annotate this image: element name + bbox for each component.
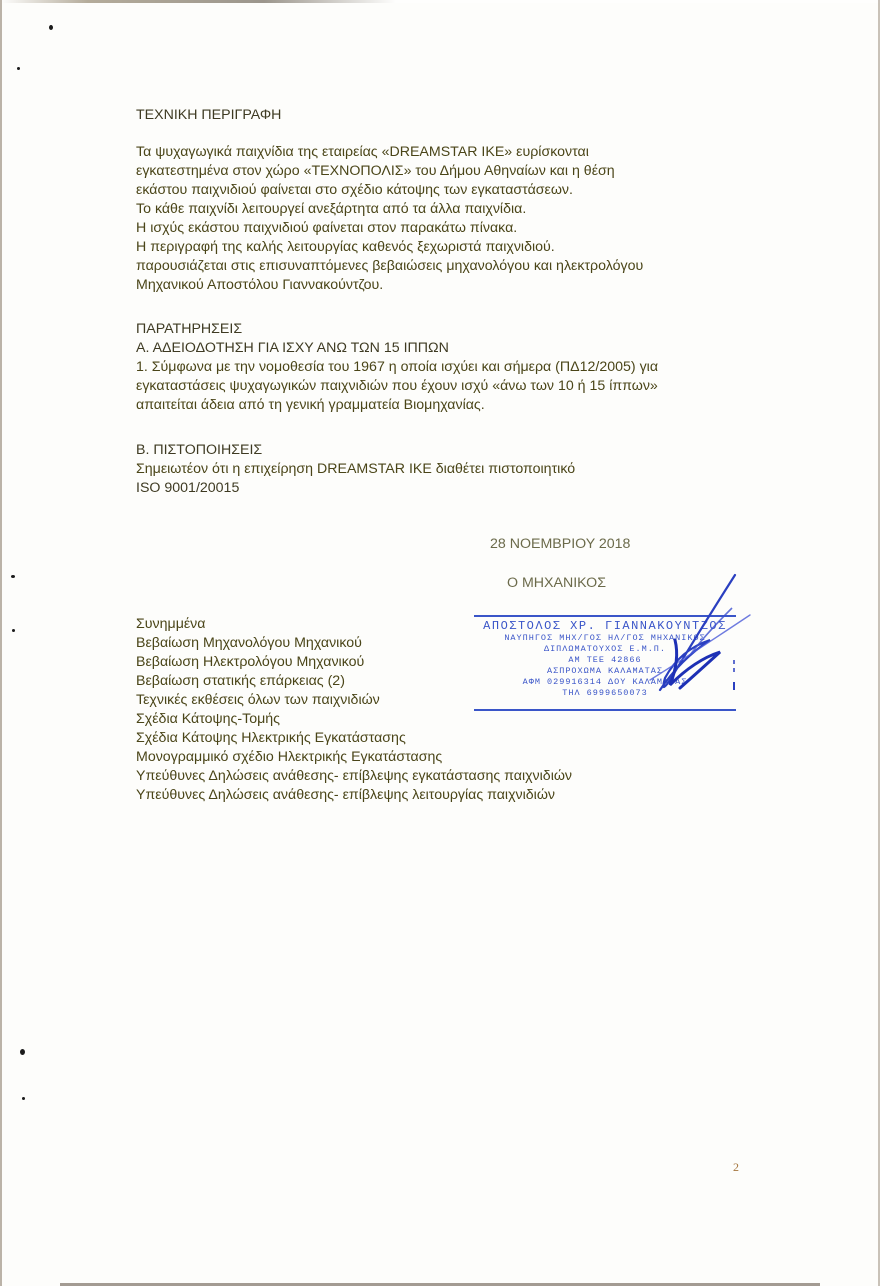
signature-icon — [620, 560, 760, 700]
attachment-item: Βεβαίωση Ηλεκτρολόγου Μηχανικού — [136, 653, 572, 672]
attachment-item: Σχέδια Κάτοψης Ηλεκτρικής Εγκατάστασης — [136, 729, 572, 748]
intro-line: Τα ψυχαγωγικά παιχνίδια της εταιρείας «D… — [136, 143, 643, 162]
intro-line: Η ισχύς εκάστου παιχνιδιού φαίνεται στον… — [136, 219, 643, 238]
scan-speck — [17, 67, 20, 70]
intro-line: Η περιγραφή της καλής λειτουργίας καθενό… — [136, 238, 643, 257]
certifications-line: ISO 9001/20015 — [136, 479, 575, 498]
notes-heading: ΠΑΡΑΤΗΡΗΣΕΙΣ — [136, 320, 658, 339]
attachment-item: Βεβαίωση στατικής επάρκειας (2) — [136, 672, 572, 691]
intro-line: Μηχανικού Αποστόλου Γιαννακούντζου. — [136, 276, 643, 295]
intro-line: εγκατεστημένα στον χώρο «ΤΕΧΝΟΠΟΛΙΣ» του… — [136, 162, 643, 181]
notes-line: εγκαταστάσεις ψυχαγωγικών παιχνιδιών που… — [136, 377, 658, 396]
attachments-heading: Συνημμένα — [136, 615, 572, 634]
scan-speck — [12, 629, 15, 632]
intro-line: παρουσιάζεται στις επισυναπτόμενες βεβαι… — [136, 257, 643, 276]
attachment-item: Τεχνικές εκθέσεις όλων των παιχνιδιών — [136, 691, 572, 710]
notes-section: ΠΑΡΑΤΗΡΗΣΕΙΣ Α. ΑΔΕΙΟΔΟΤΗΣΗ ΓΙΑ ΙΣΧΥ ΑΝΩ… — [136, 320, 658, 415]
attachment-item: Σχέδια Κάτοψης-Τομής — [136, 710, 572, 729]
scan-edge-left — [0, 0, 2, 1286]
document-date: 28 ΝΟΕΜΒΡΙΟΥ 2018 — [490, 536, 630, 552]
scan-speck — [22, 1097, 25, 1100]
scan-speck — [11, 575, 15, 578]
attachment-item: Μονογραμμικό σχέδιο Ηλεκτρικής Εγκατάστα… — [136, 748, 572, 767]
scan-speck — [20, 1049, 25, 1055]
certifications-line: Σημειωτέον ότι η επιχείρηση DREAMSTAR IK… — [136, 460, 575, 479]
attachment-item: Υπεύθυνες Δηλώσεις ανάθεσης- επίβλεψης λ… — [136, 786, 572, 805]
attachments-section: Συνημμένα Βεβαίωση Μηχανολόγου Μηχανικού… — [136, 615, 572, 805]
certifications-section: Β. ΠΙΣΤΟΠΟΙΗΣΕΙΣ Σημειωτέον ότι η επιχεί… — [136, 441, 575, 498]
signatory-title: Ο ΜΗΧΑΝΙΚΟΣ — [507, 575, 606, 591]
attachment-item: Υπεύθυνες Δηλώσεις ανάθεσης- επίβλεψης ε… — [136, 767, 572, 786]
document-title: ΤΕΧΝΙΚΗ ΠΕΡΙΓΡΑΦΗ — [136, 106, 281, 125]
page-number: 2 — [733, 1160, 739, 1175]
attachment-item: Βεβαίωση Μηχανολόγου Μηχανικού — [136, 634, 572, 653]
scan-speck — [49, 25, 53, 30]
notes-subheading: Α. ΑΔΕΙΟΔΟΤΗΣΗ ΓΙΑ ΙΣΧΥ ΑΝΩ ΤΩΝ 15 ΙΠΠΩΝ — [136, 339, 658, 358]
scan-edge-top — [0, 0, 880, 3]
notes-line: απαιτείται άδεια από τη γενική γραμματεί… — [136, 396, 658, 415]
intro-paragraph: Τα ψυχαγωγικά παιχνίδια της εταιρείας «D… — [136, 143, 643, 295]
notes-line: 1. Σύμφωνα με την νομοθεσία του 1967 η ο… — [136, 358, 658, 377]
intro-line: Το κάθε παιχνίδι λειτουργεί ανεξάρτητα α… — [136, 200, 643, 219]
intro-line: εκάστου παιχνιδιού φαίνεται στο σχέδιο κ… — [136, 181, 643, 200]
certifications-heading: Β. ΠΙΣΤΟΠΟΙΗΣΕΙΣ — [136, 441, 575, 460]
